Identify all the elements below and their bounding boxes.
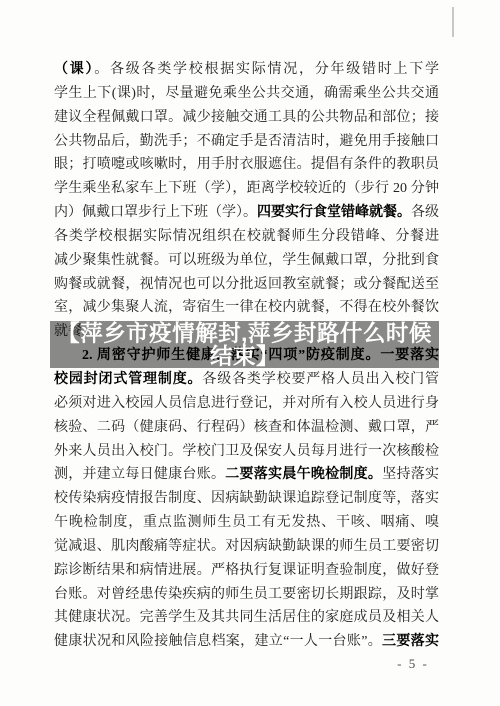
text-segment: 各级 [411, 205, 439, 220]
text-segment: 室，减少集聚人流，寄宿生一律在校内就餐，不得在校外餐饮店 [54, 300, 439, 320]
watermark-text-line2: 结束】 [210, 345, 279, 368]
text-segment-bold: 四要实行食堂错峰就餐。 [257, 205, 411, 220]
text-line: 购餐或就餐，视情况也可以分批返回教室就餐；或分餐配送至教 [54, 273, 439, 297]
text-segment-bold: 二要落实晨午晚检制度。 [225, 467, 382, 482]
text-line: 减少聚集性就餐。可以班级为单位，学生佩戴口罩，分批到食堂 [54, 249, 439, 273]
text-segment-bold: 三要落实 [382, 634, 439, 649]
text-line: 学生上下(课)时，尽量避免乘坐公共交通，确需乘坐公共交通的 [54, 82, 439, 106]
text-line: 健康状况和风险接触信息档案，建立“一人一台账”。三要落实 [54, 630, 439, 654]
text-segment: 眼；打喷嚏或咳嗽时，用手肘衣服遮住。提倡有条件的教职员工、 [54, 157, 439, 177]
text-segment: 健康状况和风险接触信息档案，建立“一人一台账”。 [54, 634, 382, 649]
watermark-banner: 【萍乡市疫情解封,萍乡封路什么时候 结束】 [50, 321, 439, 368]
text-line: 午晚检制度，重点监测师生员工有无发热、干咳、咽痛、嗅（味） [54, 511, 439, 535]
text-line: 其健康状况。完善学生及其共同生活居住的家庭成员及相关人员 [54, 606, 439, 630]
text-segment: 台账。对曾经患传染疾病的师生员工要密切长期跟踪，及时掌握 [54, 587, 439, 607]
text-line: 眼；打喷嚏或咳嗽时，用手肘衣服遮住。提倡有条件的教职员工、 [54, 153, 439, 177]
text-line: 觉减退、肌肉酸痛等症状。对因病缺勤缺课的师生员工要密切追 [54, 535, 439, 559]
text-line: （课）。各级各类学校根据实际情况，分年级错时上下学（课）。 [54, 58, 439, 82]
text-segment: 学生上下(课)时，尽量避免乘坐公共交通，确需乘坐公共交通的 [54, 86, 439, 106]
text-line: 台账。对曾经患传染疾病的师生员工要密切长期跟踪，及时掌握 [54, 583, 439, 607]
text-segment: 必须对进入校园人员信息进行登记，并对所有入校人员进行身份 [54, 396, 439, 416]
text-segment: 核验、二码（健康码、行程码）核查和体温检测、戴口罩，严禁 [54, 420, 439, 440]
text-segment: 公共物品后，勤洗手；不确定手是否清洁时，避免用手接触口鼻 [54, 134, 439, 154]
text-segment: 。各级各类学校根据实际情况，分年级错时上下学（课）。 [54, 62, 439, 82]
text-line: 校园封闭式管理制度。各级各类学校要严格人员出入校门管理， [54, 368, 439, 392]
text-line: 核验、二码（健康码、行程码）核查和体温检测、戴口罩，严禁 [54, 416, 439, 440]
text-segment: 外来人员出入校门。学校门卫及保安人员每月进行一次核酸检 [54, 444, 439, 459]
text-line: 室，减少集聚人流，寄宿生一律在校内就餐，不得在校外餐饮店 [54, 296, 439, 320]
text-segment: 午晚检制度，重点监测师生员工有无发热、干咳、咽痛、嗅（味） [54, 515, 439, 535]
text-segment: 减少聚集性就餐。可以班级为单位，学生佩戴口罩，分批到食堂 [54, 253, 439, 273]
text-segment: 内）佩戴口罩步行上下班（学）。 [54, 205, 257, 220]
text-segment: 踪诊断结果和病情进展。严格执行复课证明查验制度，做好登记 [54, 563, 439, 583]
text-segment: 觉减退、肌肉酸痛等症状。对因病缺勤缺课的师生员工要密切追 [54, 539, 439, 559]
text-line: 踪诊断结果和病情进展。严格执行复课证明查验制度，做好登记 [54, 559, 439, 583]
text-segment: 其健康状况。完善学生及其共同生活居住的家庭成员及相关人员 [54, 610, 439, 630]
text-line: 校传染病疫情报告制度、因病缺勤缺课追踪登记制度等，落实晨 [54, 487, 439, 511]
text-segment: 购餐或就餐，视情况也可以分批返回教室就餐；或分餐配送至教 [54, 277, 439, 297]
text-line: 公共物品后，勤洗手；不确定手是否清洁时，避免用手接触口鼻 [54, 130, 439, 154]
text-line: 内）佩戴口罩步行上下班（学）。四要实行食堂错峰就餐。各级 [54, 201, 439, 225]
watermark-text-line1: 【萍乡市疫情解封,萍乡封路什么时候 [57, 322, 432, 345]
text-segment: 建议全程佩戴口罩。减少接触交通工具的公共物品和部位；接触 [54, 110, 439, 130]
text-segment-bold: 校园封闭式管理制度。 [54, 372, 202, 387]
text-line: 外来人员出入校门。学校门卫及保安人员每月进行一次核酸检 [54, 440, 439, 464]
text-line: 测，并建立每日健康台账。二要落实晨午晚检制度。坚持落实学 [54, 463, 439, 487]
scanned-document-page: （课）。各级各类学校根据实际情况，分年级错时上下学（课）。学生上下(课)时，尽量… [0, 0, 500, 706]
text-segment-bold: （课） [54, 62, 94, 77]
text-line: 必须对进入校园人员信息进行登记，并对所有入校人员进行身份 [54, 392, 439, 416]
text-line: 学生乘坐私家车上下班（学），距离学校较近的（步行 20 分钟 [54, 177, 439, 201]
text-segment: 校传染病疫情报告制度、因病缺勤缺课追踪登记制度等，落实晨 [54, 491, 439, 511]
text-line: 各类学校根据实际情况组织在校就餐师生分段错峰、分餐进食， [54, 225, 439, 249]
text-segment: 各类学校根据实际情况组织在校就餐师生分段错峰、分餐进食， [54, 229, 439, 249]
text-segment: 测，并建立每日健康台账。 [54, 467, 225, 482]
page-number: - 5 - [388, 656, 438, 672]
scan-artifact-mark [452, 7, 454, 37]
text-line: 建议全程佩戴口罩。减少接触交通工具的公共物品和部位；接触 [54, 106, 439, 130]
text-segment: 学生乘坐私家车上下班（学），距离学校较近的（步行 20 分钟 [54, 181, 439, 196]
